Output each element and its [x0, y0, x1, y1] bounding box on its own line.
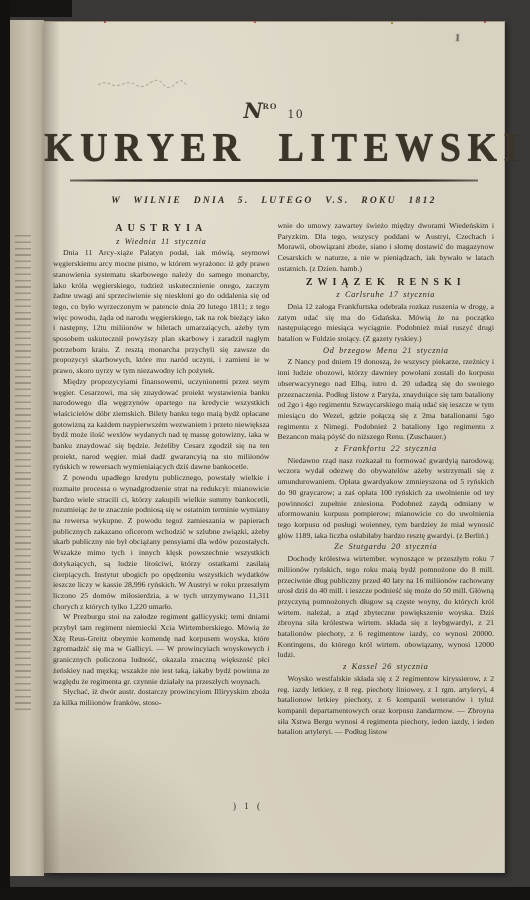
issue-n-glyph: N [244, 98, 263, 123]
section-heading: AUSTRYIA [53, 224, 270, 235]
body-paragraph: W Prezburgu stoi na załodze regiment gal… [53, 612, 270, 687]
facing-page-text-fragments [15, 235, 31, 715]
dispatch-dateline: z Frankfortu 22 stycznia [278, 444, 495, 455]
body-paragraph: Słychać, iż dwór austr. dostarczy prowin… [53, 687, 270, 708]
article-columns: AUSTRYIAz Wiednia 11 styczniaDnia 11 Arc… [44, 206, 504, 798]
issue-number-line: NRO10 [44, 98, 504, 123]
body-paragraph: Między propozycyiami finansowemi, uczyni… [53, 377, 270, 473]
dispatch-dateline: z Kassel 26 stycznia [278, 662, 495, 673]
body-paragraph: Dnia 12 załoga Frankfurtska odebrała roz… [278, 302, 495, 345]
paper-edge-specks [104, 21, 106, 23]
scan-background-corner [0, 0, 72, 17]
facing-page-edge [10, 20, 44, 876]
right-column: wnie do umowy zawartey świeżo między dwo… [278, 221, 495, 798]
signature-mark: ) 1 ( [18, 801, 478, 811]
body-paragraph: Z Nancy pod dniem 19 donoszą, że wszyscy… [278, 357, 495, 443]
left-column: AUSTRYIAz Wiednia 11 styczniaDnia 11 Arc… [53, 221, 270, 798]
handwritten-annotation [96, 79, 196, 89]
masthead: NRO10 KURYER LITEWSKI W WILNIE DNIA 5. L… [44, 22, 504, 206]
section-heading: ZWIĄZEK RENSKI [278, 278, 495, 289]
issue-superscript: RO [263, 101, 278, 111]
scan-background-bottom [0, 887, 530, 900]
body-paragraph: Niedawno rząd nasz rozkazał tu formować … [278, 456, 495, 542]
dispatch-dateline: z Wiednia 11 stycznia [53, 237, 270, 248]
body-paragraph: wnie do umowy zawartey świeżo między dwo… [278, 221, 495, 275]
body-paragraph: Dochody królestwa wirtember. wynoszące w… [278, 554, 495, 661]
masthead-dateline: W WILNIE DNIA 5. LUTEGO V.S. ROKU 1812 [44, 196, 504, 206]
masthead-rule [70, 179, 478, 182]
dispatch-dateline: Od brzegow Menu 21 stycznia [278, 346, 495, 357]
newspaper-page: 1 NRO10 KURYER LITEWSKI W WILNIE DNIA 5.… [44, 21, 505, 873]
body-paragraph: Woysko westfalskie składa się z 2 regime… [278, 674, 495, 738]
dispatch-dateline: Ze Stutgardu 20 stycznia [278, 542, 495, 553]
dispatch-dateline: z Carlsruhe 17 stycznia [278, 290, 495, 301]
book-spine [0, 0, 10, 900]
issue-number: 10 [287, 106, 304, 121]
body-paragraph: Dnia 11 Arcy-xiąże Palatyn podał, iak mó… [53, 248, 270, 376]
body-paragraph: Z powodu upadłego kredytu publicznego, p… [53, 473, 270, 612]
newspaper-title: KURYER LITEWSKI [44, 125, 504, 172]
page-number-mark: 1 [455, 33, 461, 44]
